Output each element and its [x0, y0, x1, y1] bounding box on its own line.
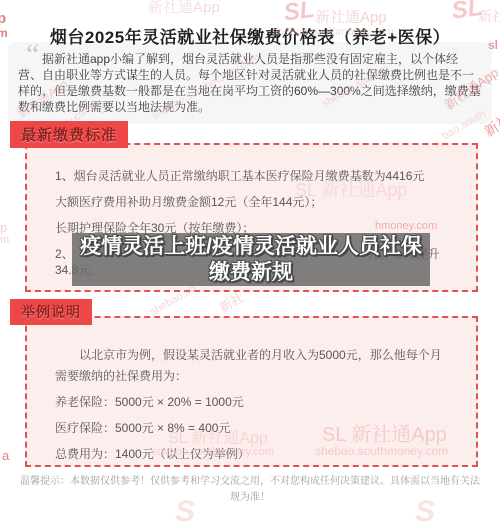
standard-line-2: 大额医疗费用补助月缴费金额12元（全年144元）； [55, 194, 452, 210]
overlay-headline: 疫情灵活上班/疫情灵活就业人员社保缴费新规 [80, 234, 422, 286]
example-panel: 以北京市为例，假设某灵活就业者的月收入为5000元，那么他每个月需要缴纳的社保费… [25, 316, 478, 467]
watermark: a [2, 448, 9, 463]
quote-icon: “ [26, 40, 39, 70]
badge-latest-payment-standard: 最新缴费标准 [10, 121, 128, 148]
overlay-headline-bar: 疫情灵活上班/疫情灵活就业人员社保缴费新规 [72, 233, 430, 286]
example-line-total: 总费用为：1400元（以上仅为举例） [55, 446, 452, 462]
footer-disclaimer: 温馨提示：本数据仅供参考！仅供参考和学习交流之用，不对您构成任何决策建议。具体需… [20, 474, 480, 506]
infographic-page: pm新社通AppSL新社通Appshebao.southmoney.comSL新… [0, 0, 500, 524]
example-line-pension: 养老保险：5000元 × 20% = 1000元 [55, 394, 452, 410]
example-intro: 以北京市为例，假设某灵活就业者的月收入为5000元，那么他每个月需要缴纳的社保费… [55, 345, 452, 387]
badge-example-explanation: 举例说明 [10, 299, 92, 325]
intro-text: 据新社通app小编了解到，烟台灵活就业人员是指那些没有固定雇主，以个体经营、自由… [18, 51, 482, 115]
example-line-medical: 医疗保险：5000元 × 8% = 400元 [55, 420, 452, 436]
standard-line-1: 1、烟台灵活就业人员正常缴纳职工基本医疗保险月缴费基数为4416元 [55, 168, 452, 184]
standard-line-4-prefix: 2、 [55, 247, 74, 261]
watermark: 新社通App [148, 0, 220, 17]
intro-box: 据新社通app小编了解到，烟台灵活就业人员是指那些没有固定雇主，以个体经营、自由… [8, 42, 492, 124]
watermark: p [0, 220, 7, 235]
watermark: SL [450, 0, 484, 26]
page-title: 烟台2025年灵活就业社保缴费价格表（养老+医保） [0, 23, 500, 48]
watermark: m [0, 234, 9, 246]
